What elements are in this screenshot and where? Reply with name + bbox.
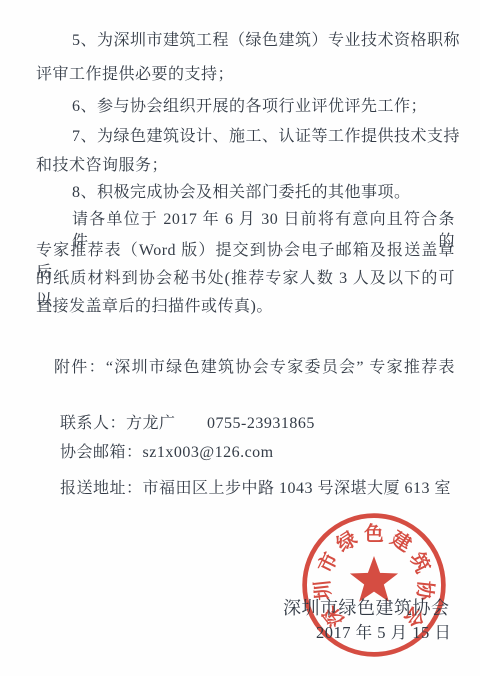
body-line: 7、为绿色建筑设计、施工、认证等工作提供技术支持 bbox=[72, 126, 460, 148]
body-line: 5、为深圳市建筑工程（绿色建筑）专业技术资格职称 bbox=[72, 30, 460, 52]
signature-org: 深圳市绿色建筑协会 bbox=[283, 597, 450, 619]
body-line: 8、积极完成协会及相关部门委托的其他事项。 bbox=[72, 182, 411, 204]
seal-ring-char: 绿 bbox=[332, 527, 361, 557]
seal-ring-char: 色 bbox=[364, 522, 384, 545]
document-page: 5、为深圳市建筑工程（绿色建筑）专业技术资格职称 评审工作提供必要的支持； 6、… bbox=[0, 0, 480, 676]
body-line: 和技术咨询服务； bbox=[36, 155, 168, 177]
red-star-icon bbox=[350, 556, 398, 602]
seal-ring-char: 筑 bbox=[405, 549, 434, 577]
body-line: 6、参与协会组织开展的各项行业评优评先工作； bbox=[72, 96, 427, 118]
body-line: 评审工作提供必要的支持； bbox=[36, 64, 234, 86]
signature-date: 2017 年 5 月 15 日 bbox=[316, 622, 451, 644]
body-line: 直接发盖章后的扫描件或传真)。 bbox=[36, 296, 273, 318]
contact-person-line: 联系人：方龙广 0755-23931865 bbox=[60, 413, 315, 435]
attachment-line: 附件：“深圳市绿色建筑协会专家委员会” 专家推荐表 bbox=[54, 357, 455, 379]
contact-email-line: 协会邮箱：sz1x003@126.com bbox=[60, 442, 274, 464]
seal-ring-char: 市 bbox=[313, 548, 342, 576]
seal-ring-char: 建 bbox=[387, 527, 416, 557]
contact-address-line: 报送地址：市福田区上步中路 1043 号深堪大厦 613 室 bbox=[60, 478, 451, 500]
